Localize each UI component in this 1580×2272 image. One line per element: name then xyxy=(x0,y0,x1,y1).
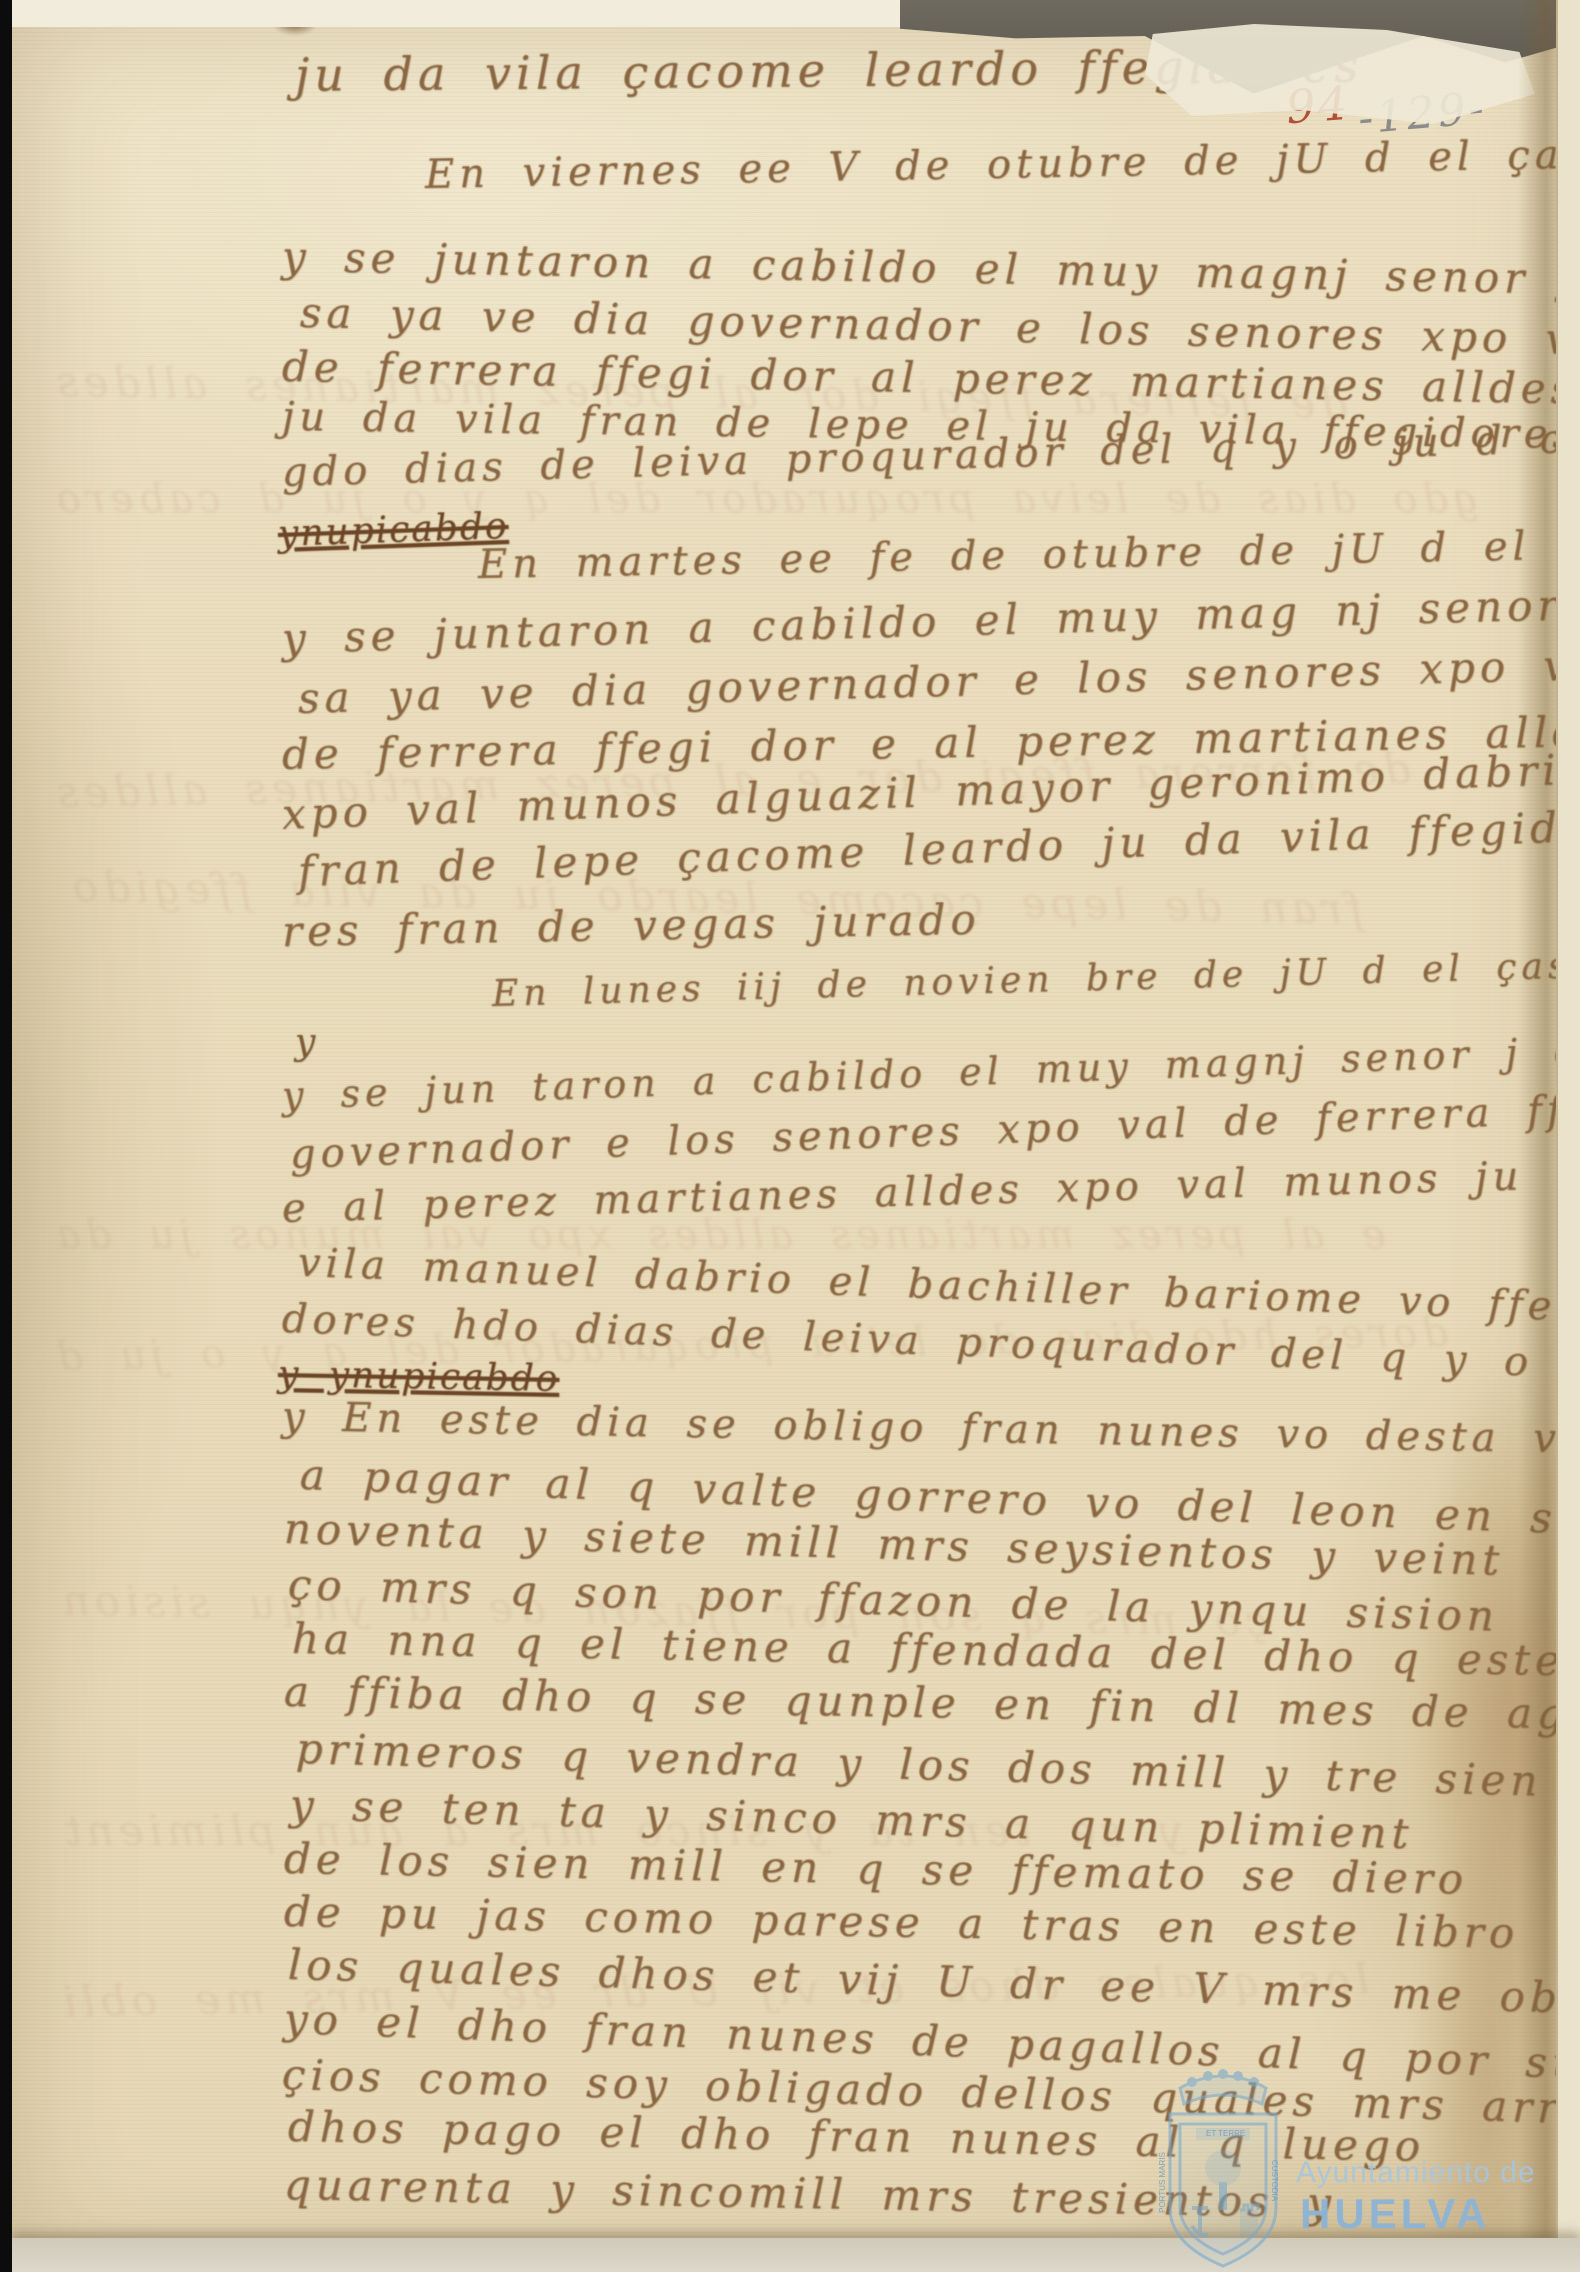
manuscript-line: En martes ee fe de otubre de jU d el ças xyxy=(478,522,1580,588)
next-page-edge xyxy=(1556,0,1580,2272)
manuscript-text: ju da vila çacome leardo ffegidoresEn vi… xyxy=(0,0,1580,2272)
bleed-through-line: gdo dias de leiva proqurador del q y o j… xyxy=(52,476,1479,522)
manuscript-line: y xyxy=(295,1022,320,1063)
page-bottom-edge xyxy=(12,2238,1580,2272)
manuscript-line: quarenta y sincomill mrs tresientos y xyxy=(284,2160,1337,2227)
scan-border-left xyxy=(0,0,12,2272)
manuscript-line: En viernes ee V de otubre de jU d el ças xyxy=(425,132,1580,198)
manuscript-line: En lunes iij de novien bre de jU d el ça… xyxy=(491,946,1571,1015)
bleed-through-line: y se ten ta y sinco mrs a qun plimient xyxy=(60,1806,1184,1855)
gutter-shadow xyxy=(1518,0,1558,2272)
manuscript-line: y En este dia se obligo fran nunes vo de… xyxy=(282,1394,1580,1464)
bleed-through-line: e al perez martianes alldes xpo val muno… xyxy=(52,1212,1386,1258)
manuscript-scan: ju da vila çacome leardo ffegidoresEn vi… xyxy=(0,0,1580,2272)
